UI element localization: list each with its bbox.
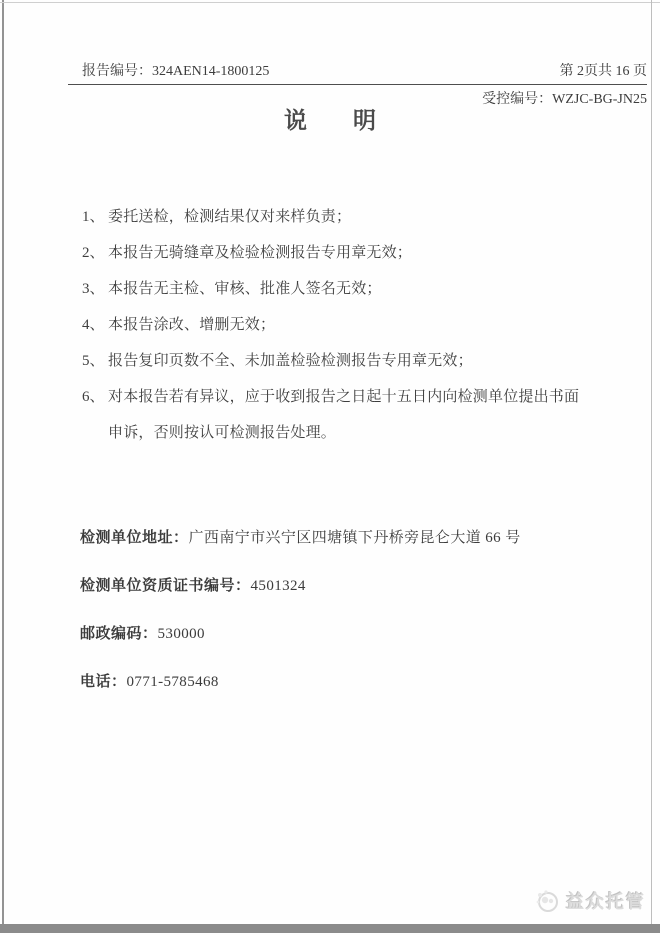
note-text: 本报告无骑缝章及检验检测报告专用章无效； — [108, 235, 594, 271]
info-value: 4501324 — [251, 578, 306, 594]
note-item: 4、本报告涂改、增删无效； — [82, 307, 594, 343]
note-item: 6、对本报告若有异议，应于收到报告之日起十五日内向检测单位提出书面申诉，否则按认… — [82, 379, 594, 451]
header-row: 报告编号：324AEN14-1800125 第 2页共 16 页 — [68, 60, 647, 85]
info-line: 检测单位资质证书编号：4501324 — [80, 575, 620, 597]
info-value: 530000 — [158, 626, 205, 642]
info-line: 检测单位地址：广西南宁市兴宁区四塘镇下丹桥旁昆仑大道 66 号 — [80, 527, 620, 549]
info-label: 电话： — [80, 673, 127, 690]
note-number: 1、 — [82, 199, 108, 235]
contact-info-list: 检测单位地址：广西南宁市兴宁区四塘镇下丹桥旁昆仑大道 66 号检测单位资质证书编… — [80, 527, 620, 719]
page-indicator: 第 2页共 16 页 — [560, 60, 648, 80]
note-text: 报告复印页数不全、未加盖检验检测报告专用章无效； — [108, 343, 594, 379]
page-header: 报告编号：324AEN14-1800125 第 2页共 16 页 受控编号：WZ… — [68, 60, 647, 108]
watermark-text: 益众托管 — [566, 888, 646, 914]
watermark: 益众托管 — [534, 888, 646, 914]
scan-edge-right — [651, 0, 652, 926]
scan-edge-left — [2, 0, 4, 926]
info-line: 电话：0771-5785468 — [80, 671, 620, 693]
note-number: 6、 — [82, 379, 108, 451]
info-label: 检测单位资质证书编号： — [80, 577, 251, 594]
page-title: 说 明 — [0, 102, 660, 135]
scan-edge-top — [0, 2, 660, 3]
note-number: 4、 — [82, 307, 108, 343]
report-number-value: 324AEN14-1800125 — [152, 64, 269, 79]
note-number: 2、 — [82, 235, 108, 271]
note-text: 本报告涂改、增删无效； — [108, 307, 594, 343]
note-number: 5、 — [82, 343, 108, 379]
note-item: 3、本报告无主检、审核、批准人签名无效； — [82, 271, 594, 307]
report-number-label: 报告编号： — [82, 64, 152, 79]
note-text: 委托送检，检测结果仅对来样负责； — [108, 199, 594, 235]
note-item: 2、本报告无骑缝章及检验检测报告专用章无效； — [82, 235, 594, 271]
note-item: 1、委托送检，检测结果仅对来样负责； — [82, 199, 594, 235]
note-number: 3、 — [82, 271, 108, 307]
notes-list: 1、委托送检，检测结果仅对来样负责；2、本报告无骑缝章及检验检测报告专用章无效；… — [82, 199, 594, 451]
document-page: 报告编号：324AEN14-1800125 第 2页共 16 页 受控编号：WZ… — [0, 0, 660, 935]
info-line: 邮政编码：530000 — [80, 623, 620, 645]
note-item: 5、报告复印页数不全、未加盖检验检测报告专用章无效； — [82, 343, 594, 379]
note-text: 本报告无主检、审核、批准人签名无效； — [108, 271, 594, 307]
company-logo-icon — [534, 888, 560, 914]
report-number: 报告编号：324AEN14-1800125 — [82, 60, 269, 80]
scan-bottom-bar — [0, 924, 660, 933]
info-label: 检测单位地址： — [80, 529, 189, 546]
note-text: 对本报告若有异议，应于收到报告之日起十五日内向检测单位提出书面申诉，否则按认可检… — [108, 379, 594, 451]
info-value: 0771-5785468 — [127, 674, 219, 690]
info-value: 广西南宁市兴宁区四塘镇下丹桥旁昆仑大道 66 号 — [189, 530, 521, 546]
info-label: 邮政编码： — [80, 625, 158, 642]
